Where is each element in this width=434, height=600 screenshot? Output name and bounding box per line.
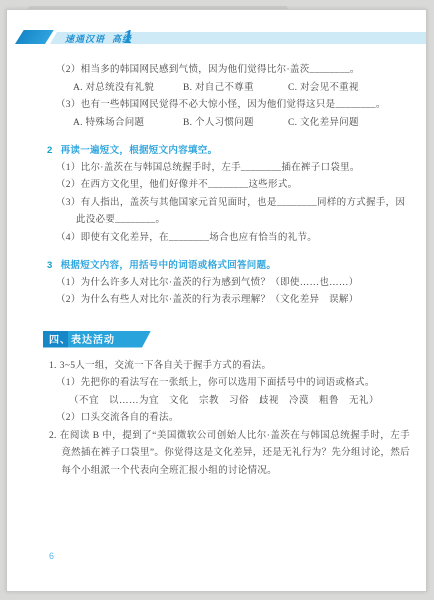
task-1-text: 3~5人一组，交流一下各自关于握手方式的看法。 — [60, 361, 272, 371]
header-accent-shape — [15, 30, 54, 44]
fill-blank-item: （1）比尔·盖茨在与韩国总统握手时，左手________插在裤子口袋里。 — [56, 160, 410, 178]
banner-section-number: 四、 — [49, 335, 71, 346]
answer-question-item: （2）为什么有些人对比尔·盖茨的行为表示理解？（文化差异 误解） — [56, 292, 410, 310]
task-1-sub-2: （2）口头交流各自的看法。 — [56, 410, 410, 428]
question-3: （3）也有一些韩国网民觉得不必大惊小怪，因为他们觉得这只是________。 — [56, 97, 410, 115]
option-a: A. 特殊场合问题 — [73, 115, 183, 133]
fill-blank-item: （2）在西方文化里，他们好像并不________这些形式。 — [56, 177, 410, 195]
question-2: （2）相当多的韩国网民感到气愤，因为他们觉得比尔·盖茨________。 — [56, 62, 410, 80]
exercise-3-number: 3 — [47, 260, 53, 271]
task-1-sub-1: （1）先把你的看法写在一张纸上，你可以选用下面括号中的词语或格式。 — [56, 375, 410, 393]
exercise-2-heading: 2再读一遍短文，根据短文内容填空。 — [47, 142, 410, 160]
series-title: 速通汉语 — [65, 34, 105, 44]
exercise-3-heading: 3根据短文内容，用括号中的词语或格式回答问题。 — [47, 257, 410, 275]
answer-question-item: （1）为什么许多人对比尔·盖茨的行为感到气愤？（即使……也……） — [56, 275, 410, 293]
task-2: 2.在阅读 B 中，提到了“美国微软公司创始人比尔·盖茨在与韩国总统握手时，左手… — [49, 428, 410, 481]
exercise-2-title: 再读一遍短文，根据短文内容填空。 — [61, 145, 218, 156]
banner-title: 四、表达活动 — [49, 332, 115, 350]
word-bank: （不宜 以……为宜 文化 宗教 习俗 歧视 冷漠 粗鲁 无礼） — [69, 393, 410, 411]
exercise-2-number: 2 — [47, 145, 53, 156]
option-c: C. 文化差异问题 — [288, 115, 359, 133]
page-header: 速通汉语高级 1 — [7, 29, 426, 53]
page-content: （2）相当多的韩国网民感到气愤，因为他们觉得比尔·盖茨________。 A. … — [7, 53, 426, 480]
textbook-page: 速通汉语高级 1 （2）相当多的韩国网民感到气愤，因为他们觉得比尔·盖茨____… — [6, 9, 427, 592]
banner-section-title: 表达活动 — [71, 335, 115, 346]
task-1-number: 1. — [49, 361, 57, 371]
task-2-number: 2. — [49, 431, 57, 441]
question-2-options: A. 对总统没有礼貌 B. 对自己不尊重 C. 对会见不重视 — [73, 80, 410, 98]
task-2-text: 在阅读 B 中，提到了“美国微软公司创始人比尔·盖茨在与韩国总统握手时，左手竟然… — [60, 431, 410, 476]
section-banner-expression-activity: 四、表达活动 — [43, 331, 151, 348]
book-title: 速通汉语高级 — [65, 32, 132, 45]
exercise-3-title: 根据短文内容，用括号中的词语或格式回答问题。 — [61, 260, 277, 271]
volume-number: 1 — [123, 26, 133, 49]
option-c: C. 对会见不重视 — [288, 80, 359, 98]
option-b: B. 个人习惯问题 — [183, 115, 288, 133]
page-number: 6 — [49, 551, 54, 561]
option-b: B. 对自己不尊重 — [183, 80, 288, 98]
question-3-options: A. 特殊场合问题 B. 个人习惯问题 C. 文化差异问题 — [73, 115, 410, 133]
task-1: 1.3~5人一组，交流一下各自关于握手方式的看法。 — [49, 358, 410, 376]
option-a: A. 对总统没有礼貌 — [73, 80, 183, 98]
fill-blank-item: （3）有人指出，盖茨与其他国家元首见面时，也是________同样的方式握手，因… — [56, 195, 410, 230]
fill-blank-item: （4）即使有文化差异，在________场合也应有恰当的礼节。 — [56, 230, 410, 248]
